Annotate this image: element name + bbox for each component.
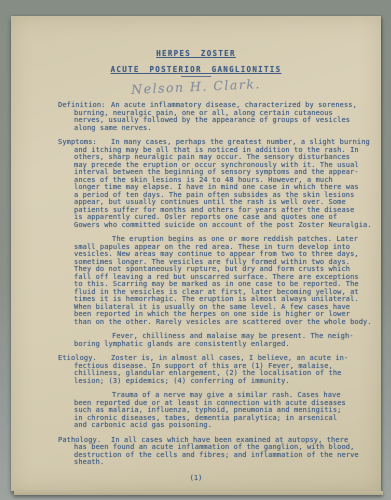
text-line: sheath. bbox=[74, 459, 374, 467]
section: Symptoms:In many cases, perhaps the grea… bbox=[58, 139, 374, 348]
page-number: (1) bbox=[11, 474, 381, 482]
text-line: boring lymphatic glands are consistently… bbox=[74, 341, 374, 349]
paragraph: Symptoms:In many cases, perhaps the grea… bbox=[58, 139, 374, 229]
text-line: destruction of the cells and fibres; and… bbox=[74, 452, 374, 460]
section: Etiology.Zoster is, in almost all cases,… bbox=[58, 355, 374, 430]
paragraph: Trauma of a nerve may give a similar ras… bbox=[58, 392, 374, 430]
text-line: than on the other. Rarely vesicles are s… bbox=[74, 319, 374, 327]
document-body: Definition:An acute inflammatory disease… bbox=[58, 102, 374, 467]
line-text: In many cases, perhaps the greatest numb… bbox=[111, 138, 370, 146]
section: Definition:An acute inflammatory disease… bbox=[58, 102, 374, 132]
paragraph: Pathology.In all cases which have been e… bbox=[58, 437, 374, 467]
paragraph: Fever, chilliness and malaise may be pre… bbox=[58, 333, 374, 348]
line-text: Zoster is, in almost all cases, I believ… bbox=[111, 354, 348, 362]
paragraph: Etiology.Zoster is, in almost all cases,… bbox=[58, 355, 374, 385]
line-text: An acute inflammatory disease, character… bbox=[111, 101, 357, 109]
second-sheet-edge bbox=[14, 491, 383, 495]
paragraph: Definition:An acute inflammatory disease… bbox=[58, 102, 374, 132]
typewritten-page: HERPES ZOSTER ACUTE POSTERIOR GANGLIONIT… bbox=[11, 16, 381, 491]
text-line: and carbonic acid gas poisoning. bbox=[74, 422, 374, 430]
photo-background: { "page": { "background_color": "#8b9189… bbox=[0, 0, 391, 500]
section: Pathology.In all cases which have been e… bbox=[58, 437, 374, 467]
paragraph: The eruption begins as one or more reddi… bbox=[58, 236, 374, 326]
text-line: Gowers who committed suicide on account … bbox=[74, 222, 374, 230]
text-line: along same nerves. bbox=[74, 125, 374, 133]
text-line: lesion; (3) epidemics; (4) conferring of… bbox=[74, 378, 374, 386]
document-title-line1: HERPES ZOSTER bbox=[11, 16, 381, 58]
typed-underline-mark bbox=[181, 76, 211, 77]
